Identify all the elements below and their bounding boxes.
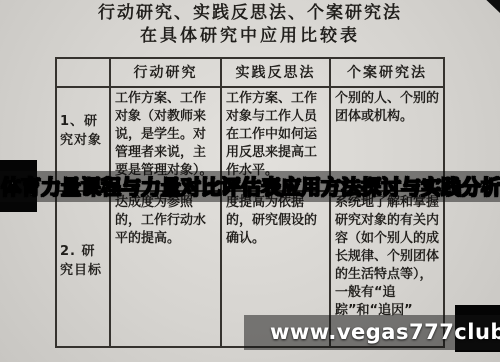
row-header-research-goal: 2. 研究目标 [57, 192, 111, 346]
overlay-headline: 体育力量课程与力量对比评估表应用方法探讨与实践分析 [1, 172, 500, 202]
scanned-document-page: 行动研究、实践反思法、个案研究法 在具体研究中应用比较表 行动研究 实践反思法 … [0, 0, 500, 362]
watermark-url: www.vegas777club.com [270, 317, 500, 347]
document-title-line1: 行动研究、实践反思法、个案研究法 [0, 2, 500, 25]
comparison-table: 行动研究 实践反思法 个案研究法 1、研究对象 工作方案、工作对象（对教师来说，… [55, 57, 445, 348]
column-header-practice-reflection: 实践反思法 [222, 59, 331, 88]
document-title: 行动研究、实践反思法、个案研究法 在具体研究中应用比较表 [0, 2, 500, 48]
document-title-line2: 在具体研究中应用比较表 [0, 25, 500, 48]
table-corner-cell [57, 59, 111, 88]
table-cell-r2c1: 达成度为参照的，工作行动水平的提高。 [111, 192, 222, 346]
column-header-case-study: 个案研究法 [331, 59, 443, 88]
column-header-action-research: 行动研究 [111, 59, 222, 88]
